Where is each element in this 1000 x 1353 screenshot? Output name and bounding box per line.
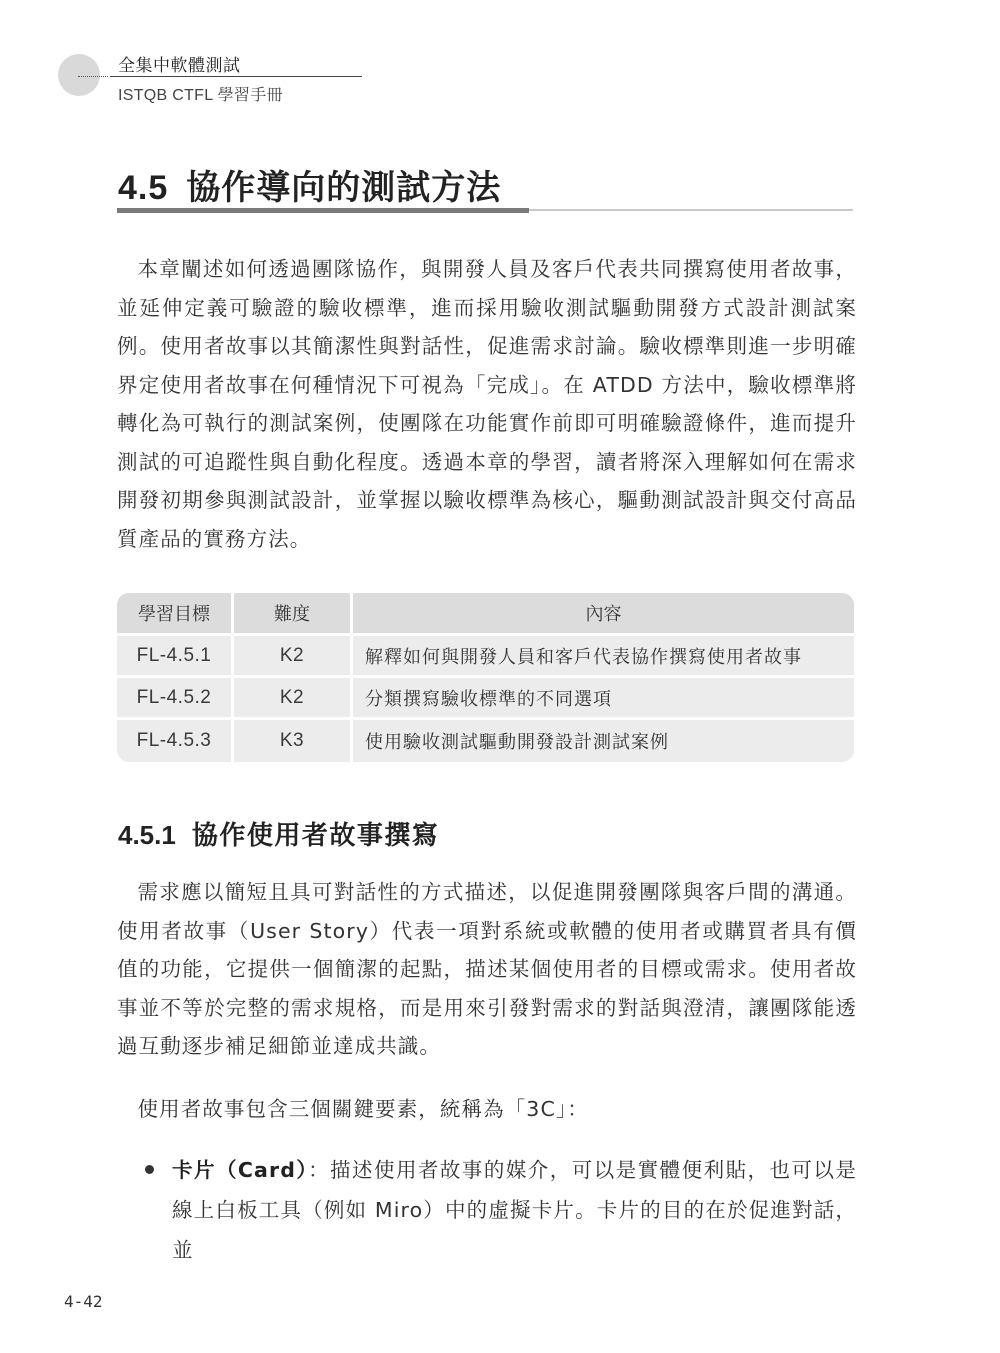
running-header: 全集中軟體測試 ISTQB CTFL 學習手冊 — [58, 48, 318, 108]
table-row: FL-4.5.2 K2 分類撰寫驗收標準的不同選項 — [117, 678, 854, 720]
header-level: 難度 — [234, 593, 353, 636]
section-heading: 4.5協作導向的測試方法 — [118, 160, 501, 209]
header-rule — [110, 76, 362, 77]
objective-content: 分類撰寫驗收標準的不同選項 — [353, 678, 854, 720]
objective-level: K2 — [234, 636, 353, 678]
header-objective: 學習目標 — [117, 593, 234, 636]
intro-paragraph: 本章闡述如何透過團隊協作，與開發人員及客戶代表共同撰寫使用者故事，並延伸定義可驗… — [117, 250, 857, 558]
section-title: 協作導向的測試方法 — [186, 168, 501, 208]
section-number: 4.5 — [118, 169, 168, 207]
heading-rule-light — [529, 209, 853, 211]
objective-content: 解釋如何與開發人員和客戶代表協作撰寫使用者故事 — [353, 636, 854, 678]
objective-id: FL-4.5.2 — [117, 678, 234, 720]
user-story-paragraph: 需求應以簡短且具可對話性的方式描述，以促進開發團隊與客戶間的溝通。使用者故事（U… — [117, 873, 857, 1066]
objective-id: FL-4.5.3 — [117, 720, 234, 762]
header-content: 內容 — [353, 593, 854, 636]
table-row: FL-4.5.3 K3 使用驗收測試驅動開發設計測試案例 — [117, 720, 854, 762]
subsection-number: 4.5.1 — [118, 820, 176, 850]
book-title: 全集中軟體測試 — [118, 51, 241, 76]
table-row: FL-4.5.1 K2 解釋如何與開發人員和客戶代表協作撰寫使用者故事 — [117, 636, 854, 678]
three-c-list: 卡片（Card）：描述使用者故事的媒介，可以是實體便利貼，也可以是線上白板工具（… — [140, 1150, 857, 1270]
book-subtitle: ISTQB CTFL 學習手冊 — [118, 82, 283, 105]
page-number: 4-42 — [64, 1292, 103, 1311]
subsection-title: 協作使用者故事撰寫 — [192, 821, 440, 851]
subsection-heading: 4.5.1協作使用者故事撰寫 — [118, 815, 439, 852]
heading-rule-dark — [117, 208, 529, 213]
table-header-row: 學習目標 難度 內容 — [117, 593, 854, 636]
header-dotted-line — [78, 76, 108, 77]
objective-level: K3 — [234, 720, 353, 762]
three-c-intro: 使用者故事包含三個關鍵要素，統稱為「3C」： — [117, 1090, 857, 1129]
bullet-icon — [145, 1165, 154, 1174]
header-circle-decoration — [58, 54, 100, 96]
learning-objectives-table: 學習目標 難度 內容 FL-4.5.1 K2 解釋如何與開發人員和客戶代表協作撰… — [117, 593, 854, 762]
bullet-term: 卡片（Card） — [172, 1158, 308, 1182]
objective-content: 使用驗收測試驅動開發設計測試案例 — [353, 720, 854, 762]
objective-level: K2 — [234, 678, 353, 720]
list-item: 卡片（Card）：描述使用者故事的媒介，可以是實體便利貼，也可以是線上白板工具（… — [140, 1150, 857, 1270]
objective-id: FL-4.5.1 — [117, 636, 234, 678]
